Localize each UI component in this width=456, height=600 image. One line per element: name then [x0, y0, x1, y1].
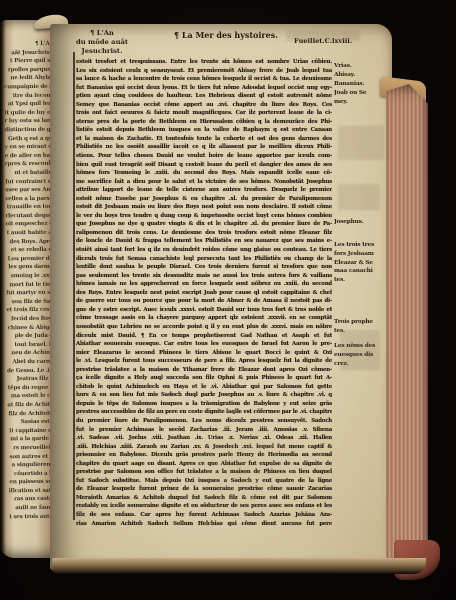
text-line: chitob le quint Achimelech ou Haya et le…: [76, 383, 332, 392]
facing-page-line: fecõd des Roys.: [6, 315, 56, 324]
facing-page-line: ¶ L'An: [3, 40, 53, 49]
text-line: hõmes fors Tesmoing le .xxiii. du second…: [76, 169, 332, 178]
ink-showthrough: [338, 184, 380, 210]
text-line: estoit dit Jesbaam mais ou liure des Roy…: [76, 203, 332, 212]
facing-page-line: et se rebella en: [6, 246, 56, 255]
text-line: ptien ayant cinq couldees de haulteur. L…: [76, 92, 332, 101]
text-line: gne de y estre escript. Auec iceulx .xxx…: [76, 306, 332, 315]
text-line: Les six estoient ceulx q sensuyuent. Et …: [76, 67, 332, 76]
book-fore-edge: [386, 84, 428, 576]
text-line: Semey que Bananias occist cõme appert au…: [76, 101, 332, 110]
text-line: attribue lapport de leaue de telle ciste…: [76, 186, 332, 195]
text-line: Abiathar souuerain euesque. Car entre to…: [76, 340, 332, 349]
facing-page-line: distinction de gens: [4, 126, 54, 135]
ink-showthrough: [286, 31, 360, 41]
facing-page-line: smoing le .xxvi.: [6, 272, 56, 281]
text-line: le ver du boys tres tendre q dung coup &…: [76, 212, 332, 221]
text-line: depuis le tẽps de Salomon iusques a la t…: [76, 400, 332, 409]
text-line: mier Eleazarus le second Phinees le tier…: [76, 349, 332, 358]
text-line: diceulx trois fut Semaa canachiste leql …: [76, 255, 332, 264]
text-line: de loncle de Dauid & frappa tellement le…: [76, 237, 332, 246]
margin-note: Les trois tresfors JesbaamEleazar & Sema…: [334, 241, 392, 285]
facing-page-line: cumpaignie de so: [4, 83, 54, 92]
facing-page-line: fut martyr en son: [6, 289, 56, 298]
facing-page-edge: ¶ L'Anaãt Jesuchrist.t Pierre quil sorpo…: [0, 20, 57, 558]
text-line: me sacrifice fait a dieu pour le salut e…: [76, 178, 332, 187]
facing-page-line: trauaille en touz: [5, 203, 55, 212]
running-header-title: ¶ La Mer des hystoires.: [158, 30, 294, 40]
text-line: pas seulement les trente six dessusditz …: [76, 272, 332, 281]
facing-page-line: nt et batailles: [5, 169, 55, 178]
text-line: trois ont faict oeuures & faictz moult m…: [76, 109, 332, 118]
margin-note: Vrias.: [334, 62, 392, 71]
header-left-line1: ¶ L'An: [56, 29, 148, 38]
facing-page-line: at Ypsi quil lera: [4, 100, 54, 109]
text-line: stiens. Pour telles choses Dauid ne voul…: [76, 152, 332, 161]
text-line: le .vi. Lesquelz furent tous successeurs…: [76, 357, 332, 366]
facing-page-line: y en se mirant en: [5, 143, 55, 152]
text-line: et la maison de Zachatie. Et toutesfois …: [76, 135, 332, 144]
text-line: cõme tressage assis en la chayere parquo…: [76, 314, 332, 323]
text-line: prestrise trãslatee a la maison de Ytham…: [76, 366, 332, 375]
text-line: stoiẽt ainsi tant fort les q ilz en deui…: [76, 246, 332, 255]
text-line: ralipomenon dit trois cens. Le deuxiesme…: [76, 229, 332, 238]
ink-showthrough: [340, 330, 380, 370]
header-left-line2: du mõde auãt Jesuchrist.: [56, 38, 148, 56]
text-line: nonobstãt que Lebrieu ne se accorde poin…: [76, 323, 332, 332]
text-line: ça icelle dignite a Hely auql succeda so…: [76, 374, 332, 383]
text-line: bien quil eust tresgrãt soif Disant q ce…: [76, 161, 332, 170]
text-line: fut Bananias qui occist deux lyons. Et l…: [76, 84, 332, 93]
text-line: estoit tresfort et trespuissans. Entre l…: [76, 58, 332, 67]
text-line: hors & en son lieu fut mis Sadoch duql p…: [76, 391, 332, 400]
text-line: hõmes iamais ne les approcherent en forc…: [76, 280, 332, 289]
text-line: que Josephus ne dye q quatre vingts & di…: [76, 220, 332, 229]
text-line: listiẽs estoit depuis Bethleem iusques e…: [76, 126, 332, 135]
text-line: sterne pres de la porte de Bethleem en H…: [76, 118, 332, 127]
facing-page-line: t auoit habite au: [5, 229, 55, 238]
book-bottom-edge: [52, 558, 426, 574]
margin-note: Josephus.: [334, 218, 392, 227]
text-line: estoit nõme Eusebe par Josephus & en cha…: [76, 195, 332, 204]
facing-page-line: t Pierre quil so: [4, 57, 54, 66]
ink-showthrough: [338, 126, 384, 160]
facing-page-line: rpres & rescoulles: [5, 160, 55, 169]
text-line: rias Amarion Achitob Sadoch Sellum Helch…: [76, 520, 332, 529]
paper-stain: [170, 404, 310, 524]
text-line: sa lance & hache a lencontre de trois ce…: [76, 75, 332, 84]
facing-page-line: ssee par ses Ams: [5, 186, 55, 195]
running-header-left: ¶ L'An du mõde auãt Jesuchrist.: [56, 29, 148, 56]
photo-background: ¶ L'Anaãt Jesuchrist.t Pierre quil sorpo…: [0, 0, 456, 600]
book-page: ¶ L'An du mõde auãt Jesuchrist. ¶ La Mer…: [50, 24, 392, 570]
text-line: diceulx mist Dauid. ¶ En ce temps prophe…: [76, 332, 332, 341]
text-line: des Roys. Entre lesquelz nest point escr…: [76, 289, 332, 298]
text-line: lentille dont saulua le peuple Disrael. …: [76, 263, 332, 272]
text-line: de guerre sur tous ou pource que pour la…: [76, 297, 332, 306]
margin-rule: [73, 52, 75, 520]
text-line: Philistiẽs ne les osoiẽt assaillir iacoi…: [76, 143, 332, 152]
